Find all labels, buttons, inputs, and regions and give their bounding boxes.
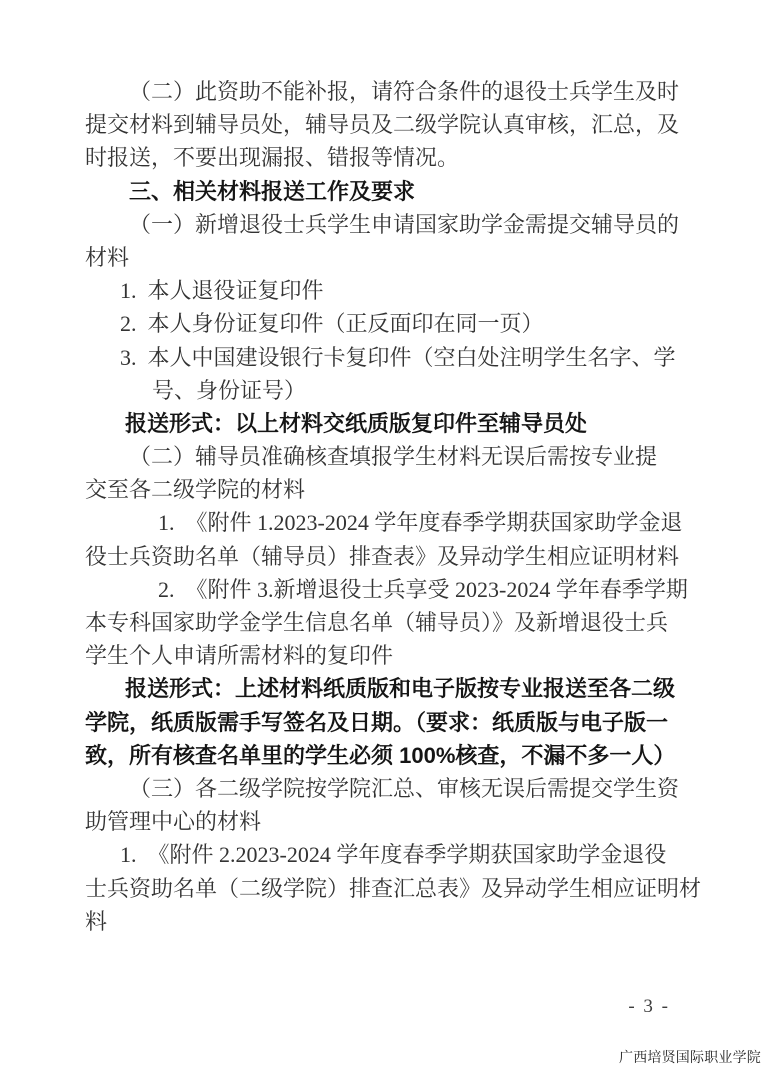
document-line: 3. 本人中国建设银行卡复印件（空白处注明学生名字、学 [85, 341, 695, 374]
document-line: 报送形式：以上材料交纸质版复印件至辅导员处 [85, 407, 695, 440]
document-line: 1. 《附件 2.2023-2024 学年度春季学期获国家助学金退役 [85, 838, 695, 871]
document-line: 本专科国家助学金学生信息名单（辅导员）》及新增退役士兵 [85, 606, 695, 639]
footer-school-name: 广西培贤国际职业学院 [619, 1047, 761, 1067]
document-line: 2. 《附件 3.新增退役士兵享受 2023-2024 学年春季学期 [85, 573, 695, 606]
page-number: - 3 - [628, 996, 670, 1018]
document-line: 学生个人申请所需材料的复印件 [85, 639, 695, 672]
document-line: 学院，纸质版需手写签名及日期。（要求：纸质版与电子版一 [85, 706, 695, 739]
document-line: 1. 本人退役证复印件 [85, 274, 695, 307]
document-line: 料 [85, 905, 695, 938]
document-line: 2. 本人身份证复印件（正反面印在同一页） [85, 307, 695, 340]
document-body: （二）此资助不能补报，请符合条件的退役士兵学生及时提交材料到辅导员处，辅导员及二… [85, 75, 695, 938]
document-line: 交至各二级学院的材料 [85, 473, 695, 506]
document-page: （二）此资助不能补报，请符合条件的退役士兵学生及时提交材料到辅导员处，辅导员及二… [0, 0, 764, 1080]
document-line: 时报送，不要出现漏报、错报等情况。 [85, 141, 695, 174]
document-line: 役士兵资助名单（辅导员）排查表》及异动学生相应证明材料 [85, 540, 695, 573]
document-line: 号、身份证号） [85, 374, 695, 407]
document-line: （二）此资助不能补报，请符合条件的退役士兵学生及时 [85, 75, 695, 108]
document-line: 致，所有核查名单里的学生必须 100%核查，不漏不多一人） [85, 739, 695, 772]
document-line: 三、相关材料报送工作及要求 [85, 175, 695, 208]
document-line: 1. 《附件 1.2023-2024 学年度春季学期获国家助学金退 [85, 506, 695, 539]
document-line: （一）新增退役士兵学生申请国家助学金需提交辅导员的 [85, 208, 695, 241]
document-line: 士兵资助名单（二级学院）排查汇总表》及异动学生相应证明材 [85, 872, 695, 905]
document-line: 材料 [85, 241, 695, 274]
document-line: （三）各二级学院按学院汇总、审核无误后需提交学生资 [85, 772, 695, 805]
document-line: 助管理中心的材料 [85, 805, 695, 838]
document-line: 报送形式：上述材料纸质版和电子版按专业报送至各二级 [85, 672, 695, 705]
document-line: （二）辅导员准确核查填报学生材料无误后需按专业提 [85, 440, 695, 473]
document-line: 提交材料到辅导员处，辅导员及二级学院认真审核，汇总，及 [85, 108, 695, 141]
